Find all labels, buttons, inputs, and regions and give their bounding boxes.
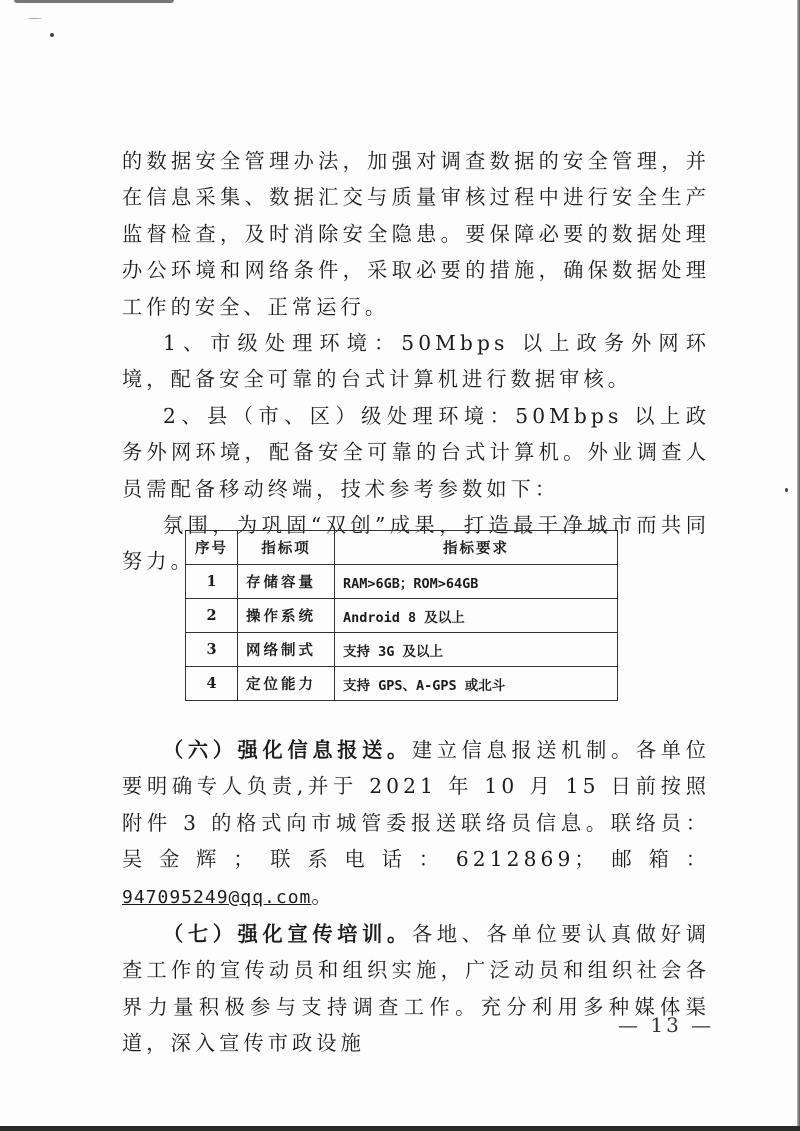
cell-requirement: Android 8 及以上 [335,599,618,633]
scan-speck [785,488,788,492]
table-row: 1 存储容量 RAM>6GB；ROM>64GB [186,565,618,599]
scan-speck [50,33,54,37]
document-body-top: 的数据安全管理办法，加强对调查数据的安全管理，并在信息采集、数据汇交与质量审核过… [122,143,710,580]
cell-requirement: 支持 3G 及以上 [335,633,618,667]
contact-email-link[interactable]: 947095249@qq.com [122,887,311,908]
cell-seq: 1 [186,565,238,599]
table-header-row: 序号 指标项 指标要求 [186,531,618,565]
header-seq: 序号 [186,531,238,565]
scan-speck [28,18,42,19]
cell-requirement: RAM>6GB；ROM>64GB [335,565,618,599]
header-requirement: 指标要求 [335,531,618,565]
cell-item: 网络制式 [238,633,335,667]
cell-seq: 3 [186,633,238,667]
cell-item: 存储容量 [238,565,335,599]
table-row: 2 操作系统 Android 8 及以上 [186,599,618,633]
section-6-end: 。 [311,884,335,908]
cell-item: 定位能力 [238,667,335,701]
header-item: 指标项 [238,531,335,565]
scan-edge-bottom [0,1126,800,1131]
section-6-paragraph: （六）强化信息报送。建立信息报送机制。各单位要明确专人负责,并于 2021 年 … [122,732,710,916]
terminal-spec-table: 序号 指标项 指标要求 1 存储容量 RAM>6GB；ROM>64GB 2 操作… [185,530,618,701]
paragraph-data-security: 的数据安全管理办法，加强对调查数据的安全管理，并在信息采集、数据汇交与质量审核过… [122,143,710,325]
cell-seq: 4 [186,667,238,701]
paragraph-county-environment: 2、县（市、区）级处理环境：50Mbps 以上政务外网环境，配备安全可靠的台式计… [122,398,710,507]
cell-seq: 2 [186,599,238,633]
page-number: — 13 — [618,1013,714,1037]
scan-edge-top [14,0,174,3]
section-7-heading: （七）强化宣传培训。 [163,922,412,946]
paragraph-city-environment: 1、市级处理环境：50Mbps 以上政务外网环境，配备安全可靠的台式计算机进行数… [122,325,710,398]
table-row: 4 定位能力 支持 GPS、A-GPS 或北斗 [186,667,618,701]
cell-requirement: 支持 GPS、A-GPS 或北斗 [335,667,618,701]
section-6-heading: （六）强化信息报送。 [163,738,412,762]
section-7-paragraph: （七）强化宣传培训。各地、各单位要认真做好调查工作的宣传动员和组织实施，广泛动员… [122,916,710,1062]
cell-item: 操作系统 [238,599,335,633]
table-row: 3 网络制式 支持 3G 及以上 [186,633,618,667]
